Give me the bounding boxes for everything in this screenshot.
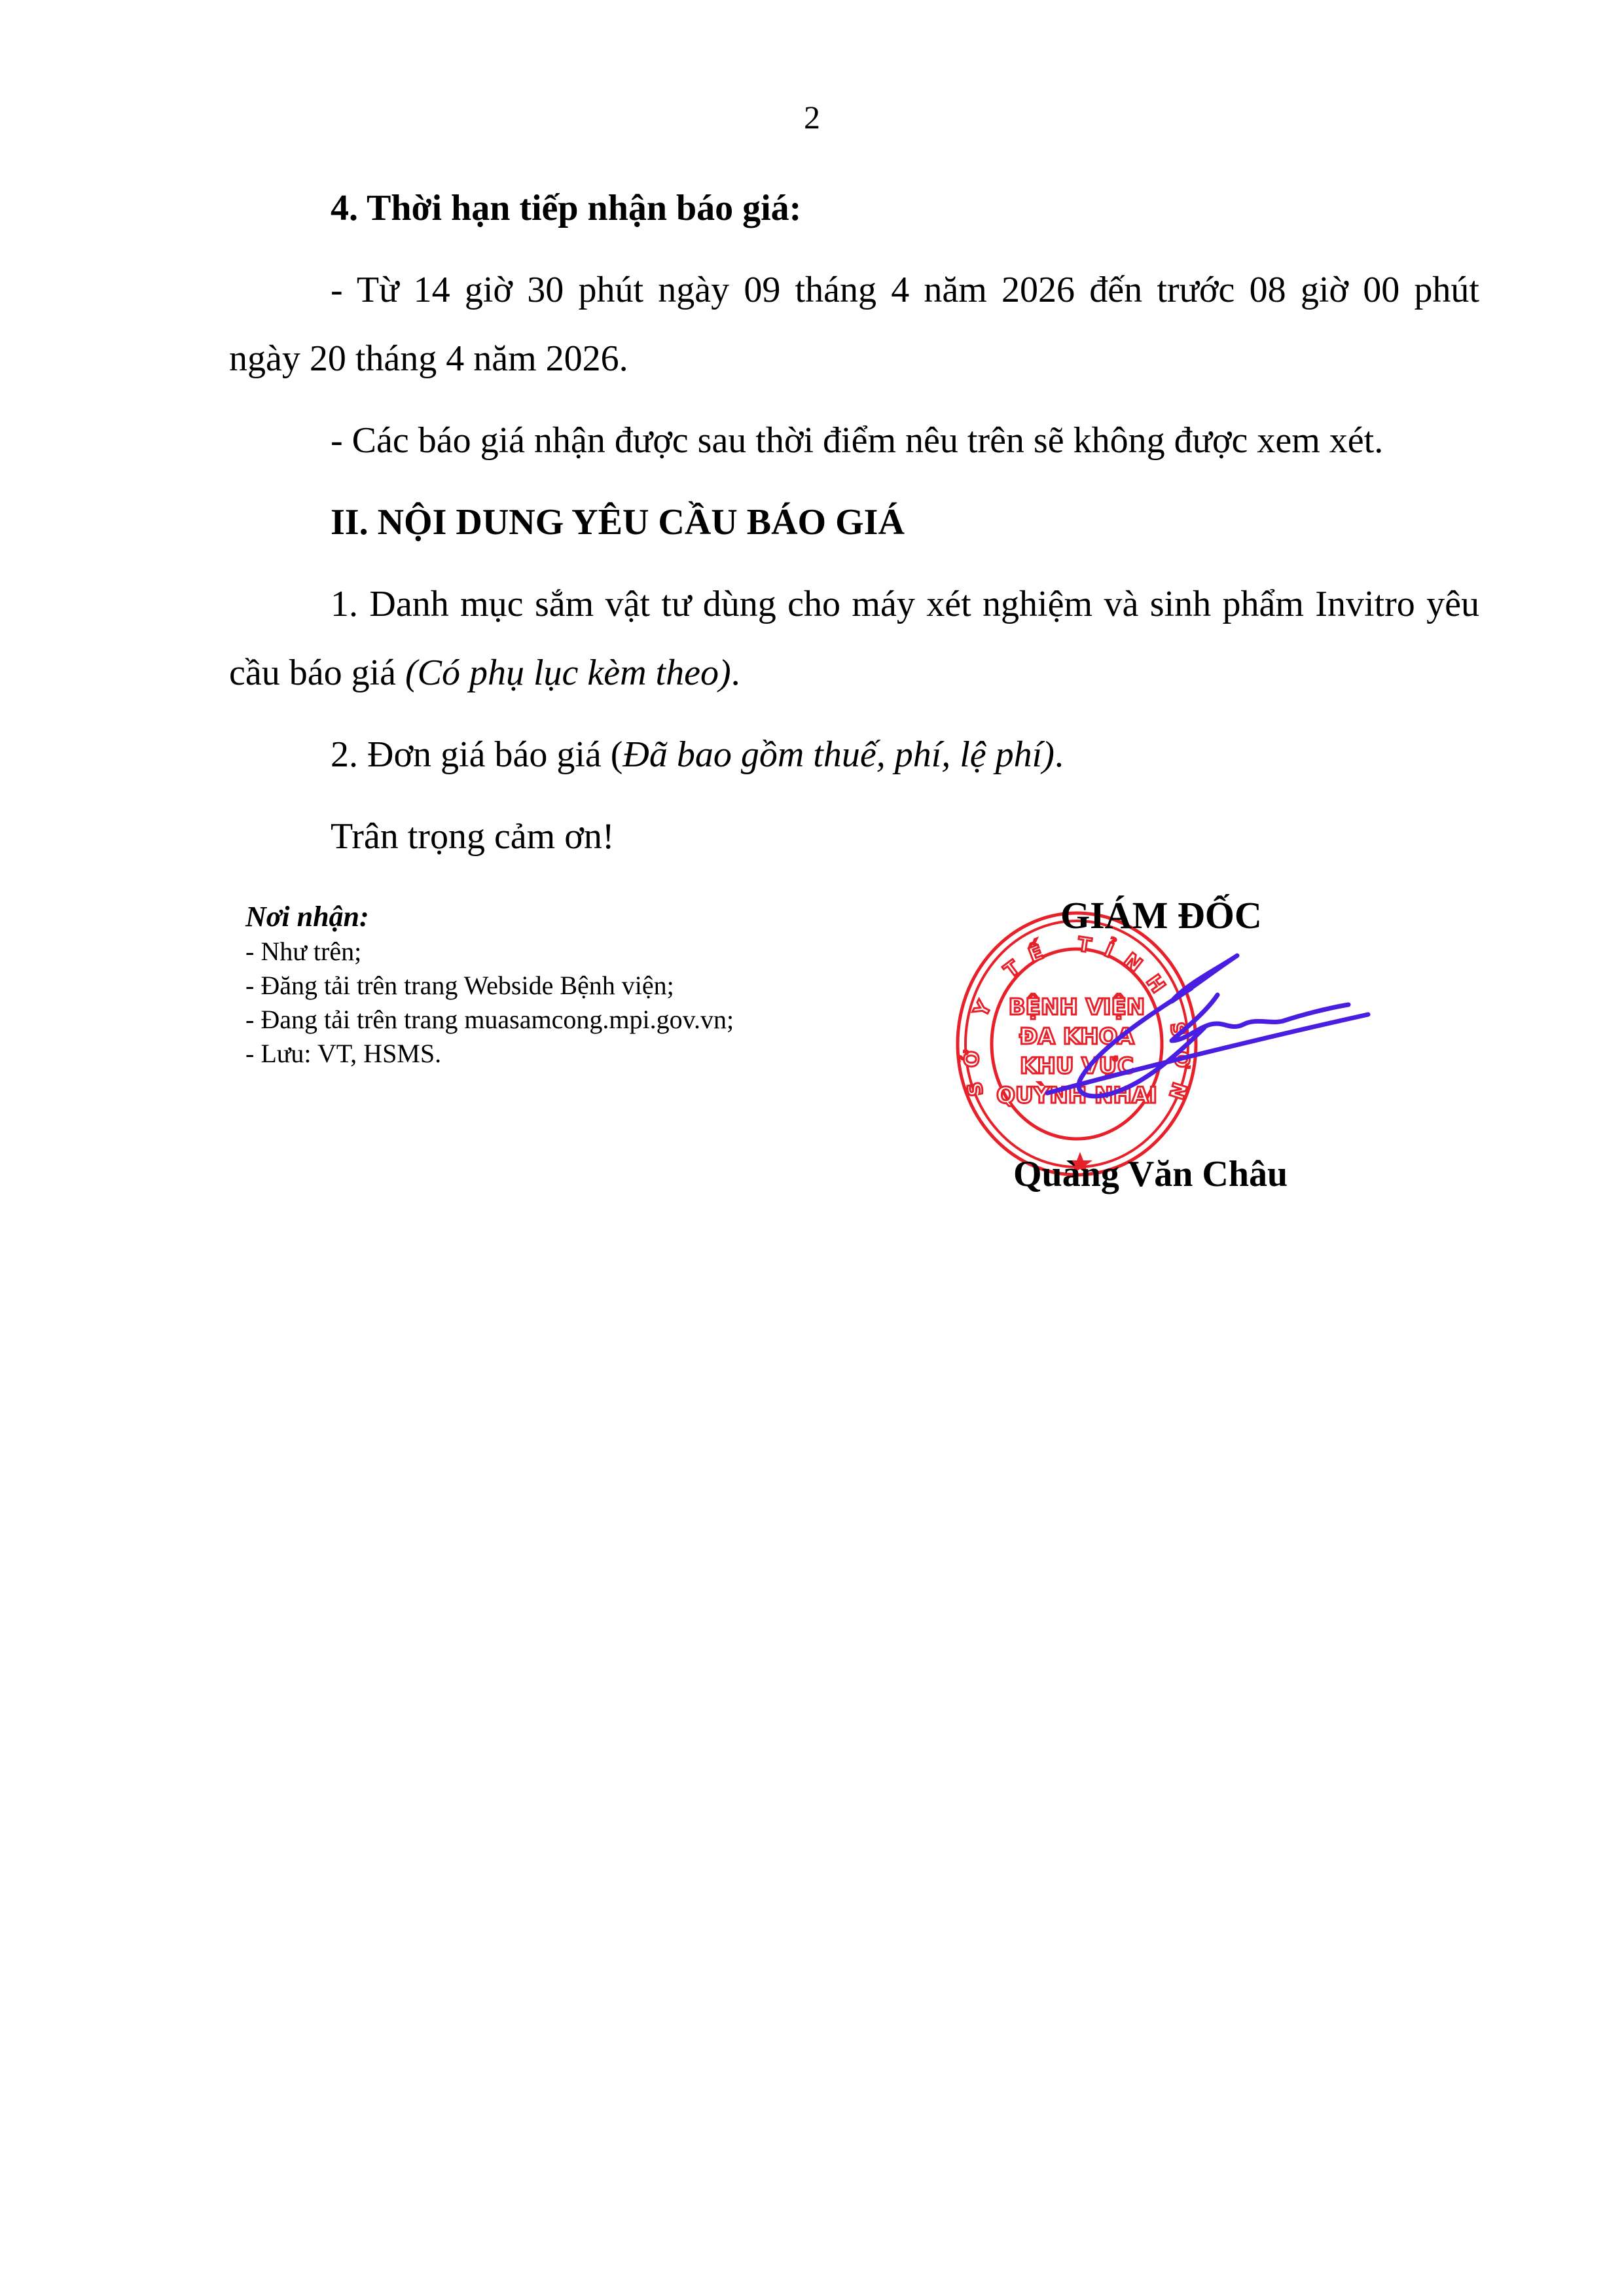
item-2-plain: 2. Đơn giá báo giá (: [331, 734, 623, 775]
signer-name: Quàng Văn Châu: [1013, 1153, 1288, 1195]
recipient-item: - Lưu: VT, HSMS.: [245, 1041, 734, 1067]
item-2-end: .: [1055, 734, 1064, 775]
deadline-line-1: - Từ 14 giờ 30 phút ngày 09 tháng 4 năm …: [331, 272, 1479, 308]
recipient-item: - Như trên;: [245, 939, 734, 965]
item-1-plain: cầu báo giá: [229, 653, 405, 693]
page-number: 2: [0, 98, 1624, 136]
section-4-heading: 4. Thời hạn tiếp nhận báo giá:: [331, 190, 801, 226]
item-1-italic: (Có phụ lục kèm theo): [405, 653, 731, 693]
recipients-title: Nơi nhận:: [245, 900, 734, 933]
recipient-item: - Đang tải trên trang muasamcong.mpi.gov…: [245, 1007, 734, 1033]
signature-title: GIÁM ĐỐC: [1060, 893, 1262, 937]
handwritten-signature: [1021, 949, 1388, 1119]
item-2: 2. Đơn giá báo giá (Đã bao gồm thuế, phí…: [331, 736, 1064, 773]
deadline-line-2: ngày 20 tháng 4 năm 2026.: [229, 340, 628, 377]
deadline-note: - Các báo giá nhận được sau thời điểm nê…: [331, 422, 1383, 459]
item-1-end: .: [731, 653, 740, 693]
recipients-block: Nơi nhận: - Như trên; - Đăng tải trên tr…: [245, 900, 734, 1067]
closing-text: Trân trọng cảm ơn!: [331, 818, 614, 855]
recipient-item: - Đăng tải trên trang Webside Bệnh viện;: [245, 973, 734, 999]
item-2-italic: Đã bao gồm thuế, phí, lệ phí): [623, 734, 1054, 775]
section-ii-heading: II. NỘI DUNG YÊU CẦU BÁO GIÁ: [331, 504, 905, 541]
item-1-line-1: 1. Danh mục sắm vật tư dùng cho máy xét …: [331, 586, 1479, 622]
item-1-line-2: cầu báo giá (Có phụ lục kèm theo).: [229, 655, 740, 691]
